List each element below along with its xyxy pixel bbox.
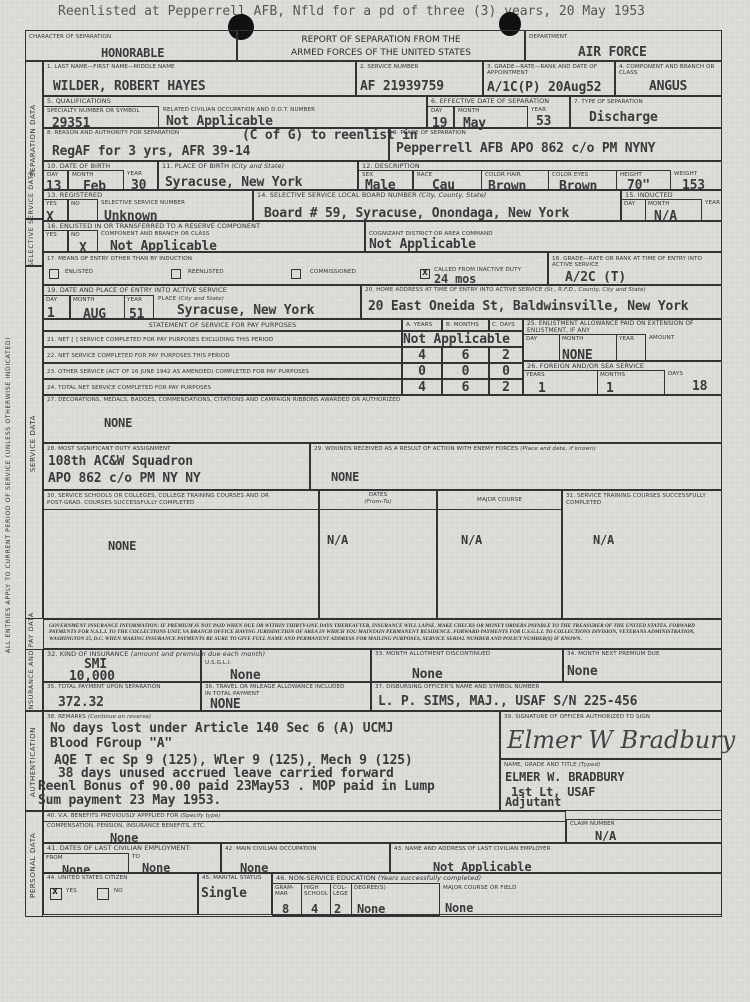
department-value: AIR FORCE (578, 45, 647, 60)
field-16-reserve: 16. ENLISTED IN OR TRANSFERRED TO A RESE… (43, 221, 365, 252)
specialty-number-cell: SPECIALTY NUMBER OR SYMBOL 29351 (43, 106, 159, 129)
col-months-header: B. MONTHS (442, 319, 489, 331)
pay-row-24-years: 4 (402, 379, 442, 395)
field-14-local-board: 14. SELECTIVE SERVICE LOCAL BOARD NUMBER… (253, 190, 621, 221)
f6-month-cell: MONTH May (454, 106, 528, 129)
allotment-value: None (412, 667, 443, 682)
form-title-cell: REPORT OF SEPARATION FROM THE ARMED FORC… (237, 30, 525, 61)
decorations-value: NONE (104, 416, 132, 430)
allowance-day-cell: DAY (523, 334, 560, 362)
field-31-training: 31. SERVICE TRAINING COURSES SUCCESSFULL… (562, 490, 722, 619)
all-entries-note: ALL ENTRIES APPLY TO CURRENT PERIOD OF S… (5, 330, 12, 660)
reason-line2: RegAF for 3 yrs, AFR 39-14 (52, 144, 250, 159)
grammar-cell: GRAM-MAR 8 (272, 883, 302, 916)
total-payment-value: 372.32 (58, 695, 104, 710)
dob-day-cell: DAY 13 (43, 170, 68, 191)
pay-row-23-days: 0 (489, 363, 523, 379)
field-6-effective-date: 6. EFFECTIVE DATE OF SEPARATION DAY 19 M… (427, 96, 570, 128)
field-44-citizen: 44. UNITED STATES CITIZEN YES NO (43, 873, 198, 915)
field-43-last-employer: 43. NAME AND ADDRESS OF LAST CIVILIAN EM… (390, 843, 722, 873)
officer-typed-title: Adjutant (505, 795, 561, 809)
remark-line: Sum payment 23 May 1953. (38, 793, 221, 808)
grade-value: A/1C(P) 20Aug52 (487, 80, 601, 95)
character-label: CHARACTER OF SEPARATION (29, 34, 111, 40)
foreign-months-value: 1 (606, 381, 614, 396)
field-18-grade-at-entry: 18. GRADE—RATE OR RANK AT TIME OF ENTRY … (548, 252, 722, 285)
citizen-no-checkbox[interactable] (97, 888, 109, 900)
place-of-separation-value: Pepperrell AFB APO 862 c/o PM NYNY (396, 141, 655, 156)
field-10-dob: 10. DATE OF BIRTH DAY 13 MONTH Feb YEAR … (43, 161, 158, 190)
high-school-cell: HIGH SCHOOL 4 (301, 883, 331, 916)
field-2-service-number: 2. SERVICE NUMBER AF 21939759 (356, 61, 483, 96)
department-label: DEPARTMENT (529, 34, 568, 40)
f6-year-value: 53 (536, 114, 551, 129)
major-course-column: MAJOR COURSE N/A (437, 490, 562, 619)
field-20-home-address: 20. HOME ADDRESS AT TIME OF ENTRY INTO A… (361, 285, 722, 319)
commissioned-checkbox[interactable] (291, 269, 301, 279)
field-32-insurance-nsli: 32. KIND OF INSURANCE (amount and premiu… (43, 649, 201, 682)
insurance-info-text: GOVERNMENT INSURANCE INFORMATION: IF PRE… (49, 623, 719, 642)
cognizant-value: Not Applicable (369, 237, 476, 252)
field-37-disbursing-officer: 37. DISBURSING OFFICER'S NAME AND SYMBOL… (371, 682, 722, 711)
field-42-civilian-occupation: 42. MAIN CIVILIAN OCCUPATION None (221, 843, 390, 873)
reenlisted-checkbox[interactable] (171, 269, 181, 279)
claim-number-value: N/A (595, 829, 616, 843)
insurance-sidebar: INSURANCE AND PAY DATA (25, 649, 43, 711)
pay-row-23-months: 0 (442, 363, 489, 379)
f6-day-cell: DAY 19 (427, 106, 454, 129)
divider (319, 509, 437, 510)
form-title-line1: REPORT OF SEPARATION FROM THE (238, 35, 524, 45)
sex-cell: SEX Male (358, 170, 413, 191)
name-value: WILDER, ROBERT HAYES (53, 79, 206, 94)
last-employer-value: Not Applicable (433, 860, 531, 874)
registered-yes-cell: YES X (43, 199, 68, 222)
pay-row-24: 24. TOTAL NET SERVICE COMPLETED FOR PAY … (43, 379, 402, 395)
field-11-pob: 11. PLACE OF BIRTH (City and State) Syra… (158, 161, 358, 190)
officer-typed-name-cell: NAME, GRADE AND TITLE (Typed) ELMER W. B… (500, 759, 722, 811)
pay-row-21-values: Not Applicable (402, 331, 523, 347)
field-36-travel-allowance: 36. TRAVEL OR MILEAGE ALLOWANCE INCLUDED… (201, 682, 371, 711)
pob-value: Syracuse, New York (165, 175, 302, 190)
field-45-marital-status: 45. MARITAL STATUS Single (198, 873, 272, 915)
duty-assignment-line1: 108th AC&W Squadron (48, 454, 193, 469)
home-address-value: 20 East Oneida St, Baldwinsville, New Yo… (368, 299, 688, 314)
duty-assignment-line2: APO 862 c/o PM NY NY (48, 471, 201, 486)
pay-row-24-months: 6 (442, 379, 489, 395)
pay-statement-header: STATEMENT OF SERVICE FOR PAY PURPOSES (43, 319, 402, 331)
pay-row-21-note: Not Applicable (403, 332, 510, 347)
entry-month-cell: MONTH AUG (70, 295, 125, 320)
character-of-separation-cell: CHARACTER OF SEPARATION HONORABLE (25, 30, 237, 61)
field-46-education: 46. NON-SERVICE EDUCATION (Years success… (272, 873, 722, 915)
major-field-value: None (445, 901, 473, 915)
field-25-enlistment-allowance: 25. ENLISTMENT ALLOWANCE PAID ON EXTENSI… (523, 319, 722, 361)
field-38-remarks: 38. REMARKS (Continue on reverse) No day… (43, 711, 500, 811)
field-26-foreign-service: 26. FOREIGN AND/OR SEA SERVICE YEARS 1 M… (523, 361, 722, 395)
col-years-header: A. YEARS (402, 319, 442, 331)
disbursing-officer-value: L. P. SIMS, MAJ., USAF S/N 225-456 (378, 694, 637, 709)
foreign-months-cell: MONTHS 1 (597, 370, 665, 396)
field-33-allotment: 33. MONTH ALLOTMENT DISCONTINUED None (371, 649, 563, 682)
registered-no-cell: NO (68, 199, 98, 222)
usgli-value: None (230, 668, 261, 683)
height-cell: HEIGHT 70" (616, 170, 671, 191)
next-premium-value: None (567, 664, 598, 679)
claim-number-cell: CLAIM NUMBER N/A (566, 819, 722, 843)
field-12-description: 12. DESCRIPTION SEX Male RACE Cau COLOR … (358, 161, 722, 190)
field-7-type: 7. TYPE OF SEPARATION Discharge (570, 96, 722, 128)
reenlistment-note: Reenlisted at Pepperrell AFB, Nfld for a… (58, 4, 645, 19)
divider (437, 509, 562, 510)
college-cell: COL-LEGE 2 (330, 883, 352, 916)
dob-month-cell: MONTH Feb (68, 170, 124, 191)
field-30-schools: 30. SERVICE SCHOOLS OR COLLEGES, COLLEGE… (43, 490, 319, 619)
allowance-month-cell: MONTH NONE (559, 334, 617, 362)
col-days-header: C. DAYS (489, 319, 523, 331)
pay-row-23: 23. OTHER SERVICE (Act of 16 June 1942 a… (43, 363, 402, 379)
remark-line: Reenl Bonus of 90.00 paid 23May53 . MOP … (38, 779, 435, 794)
allowance-year-cell: YEAR (616, 334, 646, 362)
divider (43, 509, 319, 510)
reserve-no-cell: NO X (68, 230, 98, 253)
inducted-day-cell: DAY (621, 199, 646, 222)
component-value: ANGUS (649, 79, 687, 94)
employment-from-cell: FROM None (43, 853, 129, 874)
personal-data-sidebar: PERSONAL DATA (25, 811, 43, 917)
cognizant-district-cell: COGNIZANT DISTRICT OR AREA COMMAND Not A… (365, 221, 722, 252)
field-5-qualifications: 5. QUALIFICATIONS SPECIALTY NUMBER OR SY… (43, 96, 427, 128)
dates-column: DATES (From-To) N/A (319, 490, 437, 619)
pay-row-22-months: 6 (442, 347, 489, 363)
field-13-registered: 13. REGISTERED YES X NO SELECTIVE SERVIC… (43, 190, 253, 221)
marital-status-value: Single (201, 886, 247, 901)
college-value: 2 (334, 902, 341, 916)
form-title-line2: ARMED FORCES OF THE UNITED STATES (238, 48, 524, 58)
field-9-place: 9. PLACE OF SEPARATION Pepperrell AFB AP… (389, 128, 722, 161)
entry-place-value: Syracuse, New York (177, 303, 314, 318)
eyes-cell: COLOR EYES Brown (548, 170, 617, 191)
citizen-yes-checkbox[interactable] (50, 888, 62, 900)
enlisted-checkbox[interactable] (49, 269, 59, 279)
foreign-years-value: 1 (538, 381, 546, 396)
degrees-value: None (357, 902, 385, 916)
field-27-decorations: 27. DECORATIONS, MEDALS, BADGES, COMMEND… (43, 395, 722, 443)
field-40-va-benefits: 40. V.A. BENEFITS PREVIOUSLY APPPLIED FO… (43, 811, 566, 843)
usgli-cell: U.S.G.L.I. None (201, 649, 371, 682)
travel-allowance-value: NONE (210, 697, 241, 712)
divider (43, 821, 566, 822)
remark-line: No days lost under Article 140 Sec 6 (A)… (50, 721, 393, 736)
pay-row-23-years: 0 (402, 363, 442, 379)
pay-row-24-days: 2 (489, 379, 523, 395)
race-cell: RACE Cau (413, 170, 482, 191)
schools-value: NONE (108, 539, 136, 553)
selective-service-sidebar: SELECTIVE SERVICE DATA (25, 219, 43, 266)
local-board-value: Board # 59, Syracuse, Onondaga, New York (264, 206, 569, 221)
field-1-name: 1. LAST NAME—FIRST NAME—MIDDLE NAME WILD… (43, 61, 356, 96)
entry-day-cell: DAY 1 (43, 295, 70, 320)
dates-value: N/A (327, 533, 348, 547)
training-value: N/A (593, 533, 614, 547)
reserve-yes-cell: YES (43, 230, 68, 253)
degrees-cell: DEGREE(S) None (351, 883, 440, 916)
called-from-inactive-duty-checkbox[interactable] (420, 269, 430, 279)
pay-row-22-days: 2 (489, 347, 523, 363)
foreign-years-cell: YEARS 1 (523, 370, 598, 396)
field-28-duty-assignment: 28. MOST SIGNIFICANT DUTY ASSIGNMENT 108… (43, 443, 310, 490)
field-39-officer-signature: 39. SIGNATURE OF OFFICER AUTHORIZED TO S… (500, 711, 722, 759)
remark-line: Blood FGroup "A" (50, 736, 172, 751)
hair-cell: COLOR HAIR Brown (481, 170, 549, 191)
civilian-occupation-value: Not Applicable (166, 114, 273, 129)
pay-row-22: 22. NET SERVICE COMPLETED FOR PAY PURPOS… (43, 347, 402, 363)
officer-typed-name: ELMER W. BRADBURY (505, 770, 624, 784)
department-cell: DEPARTMENT AIR FORCE (525, 30, 722, 61)
high-school-value: 4 (311, 902, 318, 916)
inducted-month-cell: MONTH N/A (645, 199, 702, 222)
field-41-last-employment: 41. DATES OF LAST CIVILIAN EMPLOYMENT: F… (43, 843, 221, 873)
spacer (43, 915, 458, 916)
called-duration-value: 24 mos (434, 272, 476, 286)
field-19-entry-date-place: 19. DATE AND PLACE OF ENTRY INTO ACTIVE … (43, 285, 361, 319)
field-34-next-premium: 34. MONTH NEXT PREMIUM DUE None (563, 649, 722, 682)
field-4-component: 4. COMPONENT AND BRANCH OR CLASS ANGUS (615, 61, 722, 96)
major-course-value: N/A (461, 533, 482, 547)
field-8-reason: 8. REASON AND AUTHORITY FOR SEPARATION (… (43, 128, 389, 161)
wounds-value: NONE (331, 470, 359, 484)
field-29-wounds: 29. WOUNDS RECEIVED AS A RESULT OF ACTIO… (310, 443, 722, 490)
foreign-days-value: 18 (692, 379, 707, 394)
insurance-info-box: GOVERNMENT INSURANCE INFORMATION: IF PRE… (43, 619, 722, 649)
field-3-grade: 3. GRADE—RATE—RANK AND DATE OF APPOINTME… (483, 61, 615, 96)
separation-type-value: Discharge (589, 110, 658, 125)
character-value: HONORABLE (101, 46, 164, 60)
grammar-value: 8 (282, 902, 289, 916)
officer-signature: Elmer W Bradbury (507, 726, 735, 754)
document-page: Reenlisted at Pepperrell AFB, Nfld for a… (0, 0, 750, 1002)
service-number-value: AF 21939759 (360, 79, 444, 94)
field-15-inducted: 15. INDUCTED DAY MONTH N/A YEAR (621, 190, 722, 221)
pay-row-21: 21. NET [ ] SERVICE COMPLETED FOR PAY PU… (43, 331, 402, 347)
entry-year-cell: YEAR 51 (124, 295, 154, 320)
pay-row-22-years: 4 (402, 347, 442, 363)
field-35-total-payment: 35. TOTAL PAYMENT UPON SEPARATION 372.32 (43, 682, 201, 711)
field-17-means-of-entry: 17. MEANS OF ENTRY OTHER THAN BY INDUCTI… (43, 252, 548, 285)
grade-at-entry-value: A/2C (T) (565, 270, 626, 285)
service-data-sidebar: SERVICE DATA (25, 266, 43, 619)
